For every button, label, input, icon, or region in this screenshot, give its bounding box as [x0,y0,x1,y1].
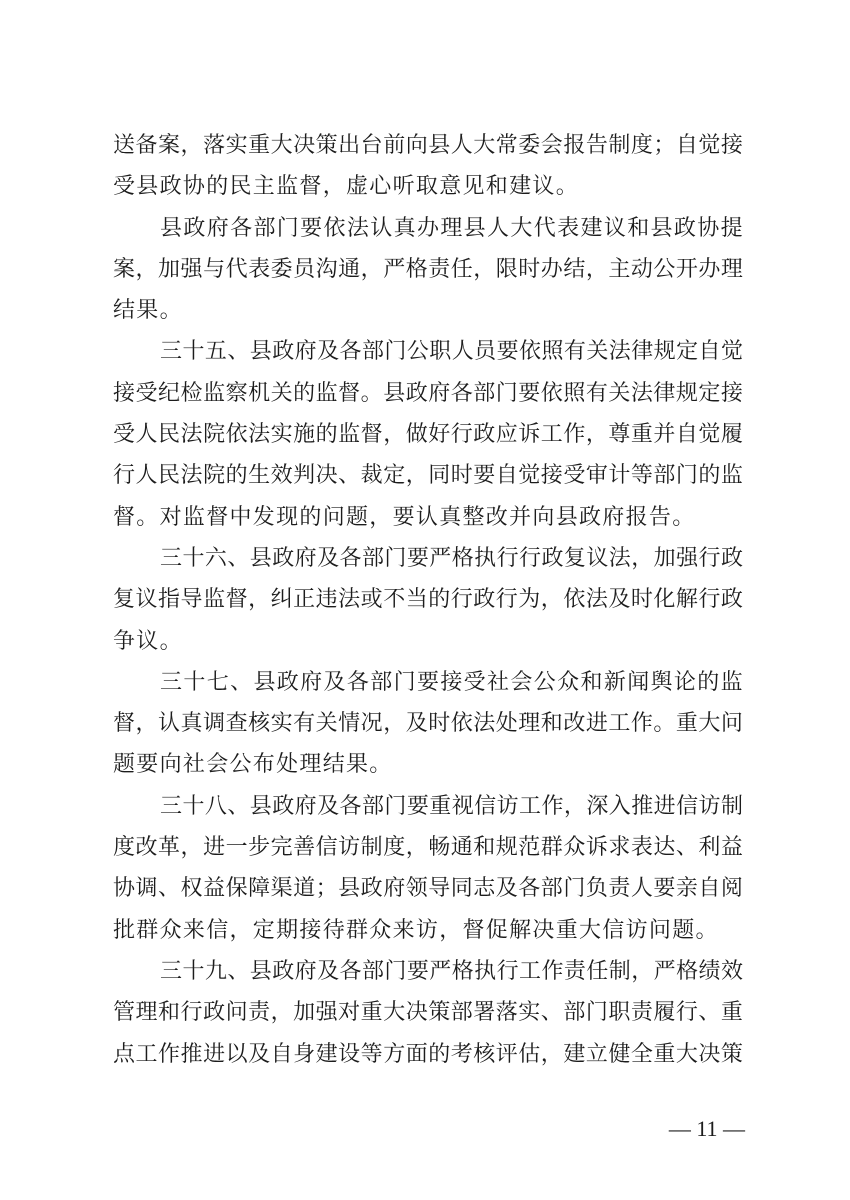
char: 接 [541,455,563,496]
char: ， [181,827,203,868]
char: 强 [676,538,698,579]
char: 、 [158,868,180,909]
char: 以 [226,1034,248,1075]
char: 通 [451,827,473,868]
char: 新 [604,662,626,703]
char: 督 [113,703,135,744]
text-line: 批群众来信，定期接待群众来访，督促解决重大信访问题。 [113,910,743,951]
char: 十 [182,331,204,372]
char: ， [406,827,428,868]
char: 觉 [698,414,720,455]
char: 落 [496,992,518,1033]
char: 门 [394,662,416,703]
char: 人 [631,868,653,909]
char: 制 [361,827,383,868]
char: 部 [370,662,392,703]
char: 重 [631,414,653,455]
char: 和 [580,662,602,703]
char: 领 [406,868,428,909]
char: 实 [518,992,540,1033]
char: 查 [226,703,248,744]
char: 府 [295,786,317,827]
char: 信 [474,786,496,827]
char: 及 [496,868,518,909]
char: 县 [383,373,405,414]
char: 责 [428,249,450,290]
text-line: 点工作推进以及自身建设等方面的考核评估，建立健全重大决策 [113,1034,743,1075]
char: 进 [203,1034,225,1075]
char: 并 [653,414,675,455]
char: 自 [676,414,698,455]
char: 信 [676,786,698,827]
char: 、 [227,951,249,992]
char: 不 [383,579,405,620]
char: 代 [226,249,248,290]
char: 考 [451,1034,473,1075]
char: 接 [440,662,462,703]
char: 等 [361,1034,383,1075]
text-line: 三十九、县政府及各部门要严格执行工作责任制，严格绩效 [113,951,743,992]
text-line: 结果。 [113,290,743,331]
char: 各 [340,786,362,827]
char: ， [586,414,608,455]
char: 表 [631,827,653,868]
char: 施 [293,414,315,455]
char: 道 [293,868,315,909]
char: 进 [586,703,608,744]
char: 实 [271,703,293,744]
char: 导 [181,579,203,620]
char: 告 [586,125,608,166]
char: 各 [340,951,362,992]
char: 。 [653,703,675,744]
char: 监 [316,373,338,414]
char: 畅 [428,827,450,868]
char: 督 [338,373,360,414]
char: 、 [541,992,563,1033]
char: 度 [383,827,405,868]
char: 立 [586,1034,608,1075]
char: 行 [113,455,135,496]
char: 委 [518,125,540,166]
char: 行 [496,579,518,620]
char: 益 [721,827,743,868]
char: 全 [631,1034,653,1075]
char: 理 [721,249,743,290]
char: 理 [518,703,540,744]
char: 时 [428,703,450,744]
char: 十 [182,538,204,579]
char: 自 [676,125,698,166]
char: 要 [417,662,439,703]
char: 议 [136,579,158,620]
char: 策 [721,1034,743,1075]
char: 协 [697,208,719,249]
text-line: 三十七、县政府及各部门要接受社会公众和新闻舆论的监 [113,662,743,703]
char: 部 [451,992,473,1033]
char: 及 [317,331,339,372]
char: 政 [674,208,696,249]
char: 九 [205,951,227,992]
char: 理 [440,208,462,249]
char: 求 [608,827,630,868]
char: 府 [295,951,317,992]
char: 推 [631,786,653,827]
char: 有 [564,331,586,372]
char: 公 [653,249,675,290]
text-line: 督。对监督中发现的问题，要认真整改并向县政府报告。 [113,497,743,538]
char: 及 [317,538,339,579]
char: 负 [586,868,608,909]
paragraph-continued: 送备案，落实重大决策出台前向县人大常委会报告制度；自觉接 受县政协的民主监督，虚… [113,125,743,208]
char: 格 [676,951,698,992]
char: 员 [293,249,315,290]
char: 会 [541,125,563,166]
char: 诉 [518,414,540,455]
char: 台 [361,125,383,166]
char: 障 [248,868,270,909]
char: 时 [451,455,473,496]
char: 面 [406,1034,428,1075]
char: ， [631,951,653,992]
paragraph-article-37: 三十七、县政府及各部门要接受社会公众和新闻舆论的监 督，认真调查核实有关情况，及… [113,662,743,786]
char: 部 [563,992,585,1033]
char: 法 [473,703,495,744]
char: 部 [541,868,563,909]
char: 门 [277,208,299,249]
char: 十 [182,951,204,992]
char: 时 [631,579,653,620]
char: 估 [518,1034,540,1075]
char: 加 [158,249,180,290]
char: ， [271,992,293,1033]
char: 完 [271,827,293,868]
char: 方 [383,1034,405,1075]
char: 的 [428,579,450,620]
char: 各 [340,538,362,579]
char: 诉 [586,827,608,868]
char: 尊 [608,414,630,455]
char: 导 [428,868,450,909]
char: 人 [136,414,158,455]
char: 履 [653,992,675,1033]
char: ， [136,249,158,290]
char: 各 [451,373,473,414]
text-line: 三十六、县政府及各部门要严格执行行政复议法，加强行政 [113,538,743,579]
char: 及 [248,1034,270,1075]
char: 建 [563,1034,585,1075]
char: 大 [510,208,532,249]
char: 接 [113,373,135,414]
char: 行 [497,538,519,579]
char: 和 [473,827,495,868]
char: 重 [361,992,383,1033]
char: 门 [384,331,406,372]
char: 闻 [627,662,649,703]
char: 表 [557,208,579,249]
char: 部 [253,208,275,249]
char: 接 [721,125,743,166]
char: 机 [248,373,270,414]
char: 定 [698,373,720,414]
char: 律 [653,373,675,414]
char: 工 [136,1034,158,1075]
char: 门 [676,455,698,496]
char: 一 [226,827,248,868]
char: 对 [338,992,360,1033]
char: 八 [205,786,227,827]
char: 加 [293,992,315,1033]
char: ， [383,414,405,455]
char: 工 [608,703,630,744]
char: 情 [338,703,360,744]
text-line: 送备案，落实重大决策出台前向县人大常委会报告制度；自觉接 [113,125,743,166]
text-line: 县政府各部门要依法认真办理县人大代表建议和县政协提 [113,208,743,249]
char: 政 [721,579,743,620]
char: 审 [586,455,608,496]
char: 做 [406,414,428,455]
char: 判 [293,455,315,496]
char: 三 [160,331,182,372]
char: 监 [721,455,743,496]
char: 受 [464,662,486,703]
char: 工 [519,951,541,992]
paragraph-article-35: 三十五、县政府及各部门公职人员要依照有关法律规定自觉 接受纪检监察机关的监督。县… [113,331,743,537]
char: 责 [564,951,586,992]
char: 复 [564,538,586,579]
char: 真 [181,703,203,744]
char: 和 [541,703,563,744]
char: 严 [429,951,451,992]
char: 法 [609,331,631,372]
char: 大 [473,125,495,166]
char: 工 [541,414,563,455]
char: 访 [497,786,519,827]
char: 表 [248,249,270,290]
char: 、 [227,786,249,827]
char: 常 [496,125,518,166]
char: 办 [698,249,720,290]
char: 认 [370,208,392,249]
char: 监 [338,414,360,455]
char: 强 [181,249,203,290]
char: 及 [324,662,346,703]
text-line: 度改革，进一步完善信访制度，畅通和规范群众诉求表达、利益 [113,827,743,868]
char: 访 [699,786,721,827]
char: 执 [474,538,496,579]
char: 办 [417,208,439,249]
char: 监 [203,373,225,414]
char: 格 [406,249,428,290]
char: 亲 [676,868,698,909]
char: 作 [158,1034,180,1075]
document-page: 送备案，落实重大决策出台前向县人大常委会报告制度；自觉接 受县政协的民主监督，虚… [0,0,850,1200]
char: 要 [497,331,519,372]
char: 效 [271,455,293,496]
char: 照 [563,373,585,414]
char: 设 [338,1034,360,1075]
char: 志 [473,868,495,909]
char: 化 [653,579,675,620]
char: 众 [563,827,585,868]
char: ， [181,125,203,166]
char: 信 [316,827,338,868]
char: 员 [474,331,496,372]
char: 身 [293,1034,315,1075]
char: 依 [563,579,585,620]
char: 规 [676,373,698,414]
char: 觉 [698,125,720,166]
char: 作 [541,951,563,992]
char: 府 [383,868,405,909]
char: 政 [277,662,299,703]
char: 报 [563,125,585,166]
char: 纪 [158,373,180,414]
char: 送 [113,125,135,166]
char: 处 [496,703,518,744]
char: 县 [160,208,182,249]
char: 县 [338,868,360,909]
char: 调 [136,868,158,909]
char: 的 [226,455,248,496]
char: 限 [496,249,518,290]
char: 关 [316,703,338,744]
char: 政 [361,868,383,909]
char: 接 [721,373,743,414]
char: 及 [406,703,428,744]
char: 益 [203,868,225,909]
char: 行 [676,992,698,1033]
text-line: 协调、权益保障渠道；县政府领导同志及各部门负责人要亲自阅 [113,868,743,909]
char: 律 [631,331,653,372]
char: 制 [721,786,743,827]
char: 县 [651,208,673,249]
char: 要 [407,786,429,827]
char: 关 [608,373,630,414]
char: 利 [698,827,720,868]
char: 政 [272,786,294,827]
char: 解 [676,579,698,620]
char: 众 [557,662,579,703]
char: 门 [586,992,608,1033]
char: 县 [250,331,272,372]
char: ， [631,538,653,579]
char: 行 [181,992,203,1033]
char: 善 [293,827,315,868]
char: 前 [383,125,405,166]
char: 行 [497,951,519,992]
char: 入 [609,786,631,827]
char: 和 [158,992,180,1033]
char: 督 [226,579,248,620]
text-line: 接受纪检监察机关的监督。县政府各部门要依照有关法律规定接 [113,373,743,414]
char: 作 [541,786,563,827]
char: 纠 [271,579,293,620]
char: 政 [406,373,428,414]
char: 的 [697,662,719,703]
char: 正 [293,579,315,620]
char: 府 [295,331,317,372]
char: 部 [362,951,384,992]
char: 问 [721,703,743,744]
char: ， [564,786,586,827]
char: 重 [721,992,743,1033]
char: 院 [203,414,225,455]
char: 认 [158,703,180,744]
char: 部 [362,786,384,827]
char: 部 [362,331,384,372]
char: 政 [203,992,225,1033]
char: 进 [654,786,676,827]
char: 依 [451,703,473,744]
char: 和 [627,208,649,249]
char: 作 [563,414,585,455]
char: 定 [383,455,405,496]
char: 指 [158,579,180,620]
char: 的 [698,455,720,496]
char: 法 [338,579,360,620]
char: 核 [473,1034,495,1075]
char: 的 [428,1034,450,1075]
char: 决 [293,125,315,166]
char: 步 [248,827,270,868]
char: 备 [136,125,158,166]
char: 五 [205,331,227,372]
char: 法 [181,414,203,455]
char: 行 [451,414,473,455]
char: 开 [676,249,698,290]
char: 时 [518,249,540,290]
char: 各 [340,331,362,372]
char: 监 [721,662,743,703]
char: 渠 [271,868,293,909]
char: 民 [158,455,180,496]
char: 要 [407,538,429,579]
char: 有 [586,373,608,414]
char: 受 [136,373,158,414]
page-number: — 11 — [669,1114,745,1144]
char: 检 [181,373,203,414]
char: 点 [113,1034,135,1075]
char: 、 [338,455,360,496]
char: ； [653,125,675,166]
char: 职 [608,992,630,1033]
char: 议 [586,538,608,579]
char: 三 [160,538,182,579]
char: 社 [487,662,509,703]
char: 协 [113,868,135,909]
char: 要 [407,951,429,992]
char: 进 [203,827,225,868]
char: 依 [519,331,541,372]
char: 制 [608,125,630,166]
char: 改 [136,827,158,868]
char: 同 [428,455,450,496]
char: 大 [383,992,405,1033]
char: 执 [474,951,496,992]
paragraph-article-38: 三十八、县政府及各部门要重视信访工作，深入推进信访制 度改革，进一步完善信访制度… [113,786,743,951]
char: 三 [160,786,182,827]
char: 度 [113,827,135,868]
char: 出 [338,125,360,166]
char: 公 [407,331,429,372]
char: 法 [181,455,203,496]
char: 府 [428,373,450,414]
char: ， [406,455,428,496]
char: 民 [158,414,180,455]
char: 政 [473,579,495,620]
char: 、 [230,662,252,703]
